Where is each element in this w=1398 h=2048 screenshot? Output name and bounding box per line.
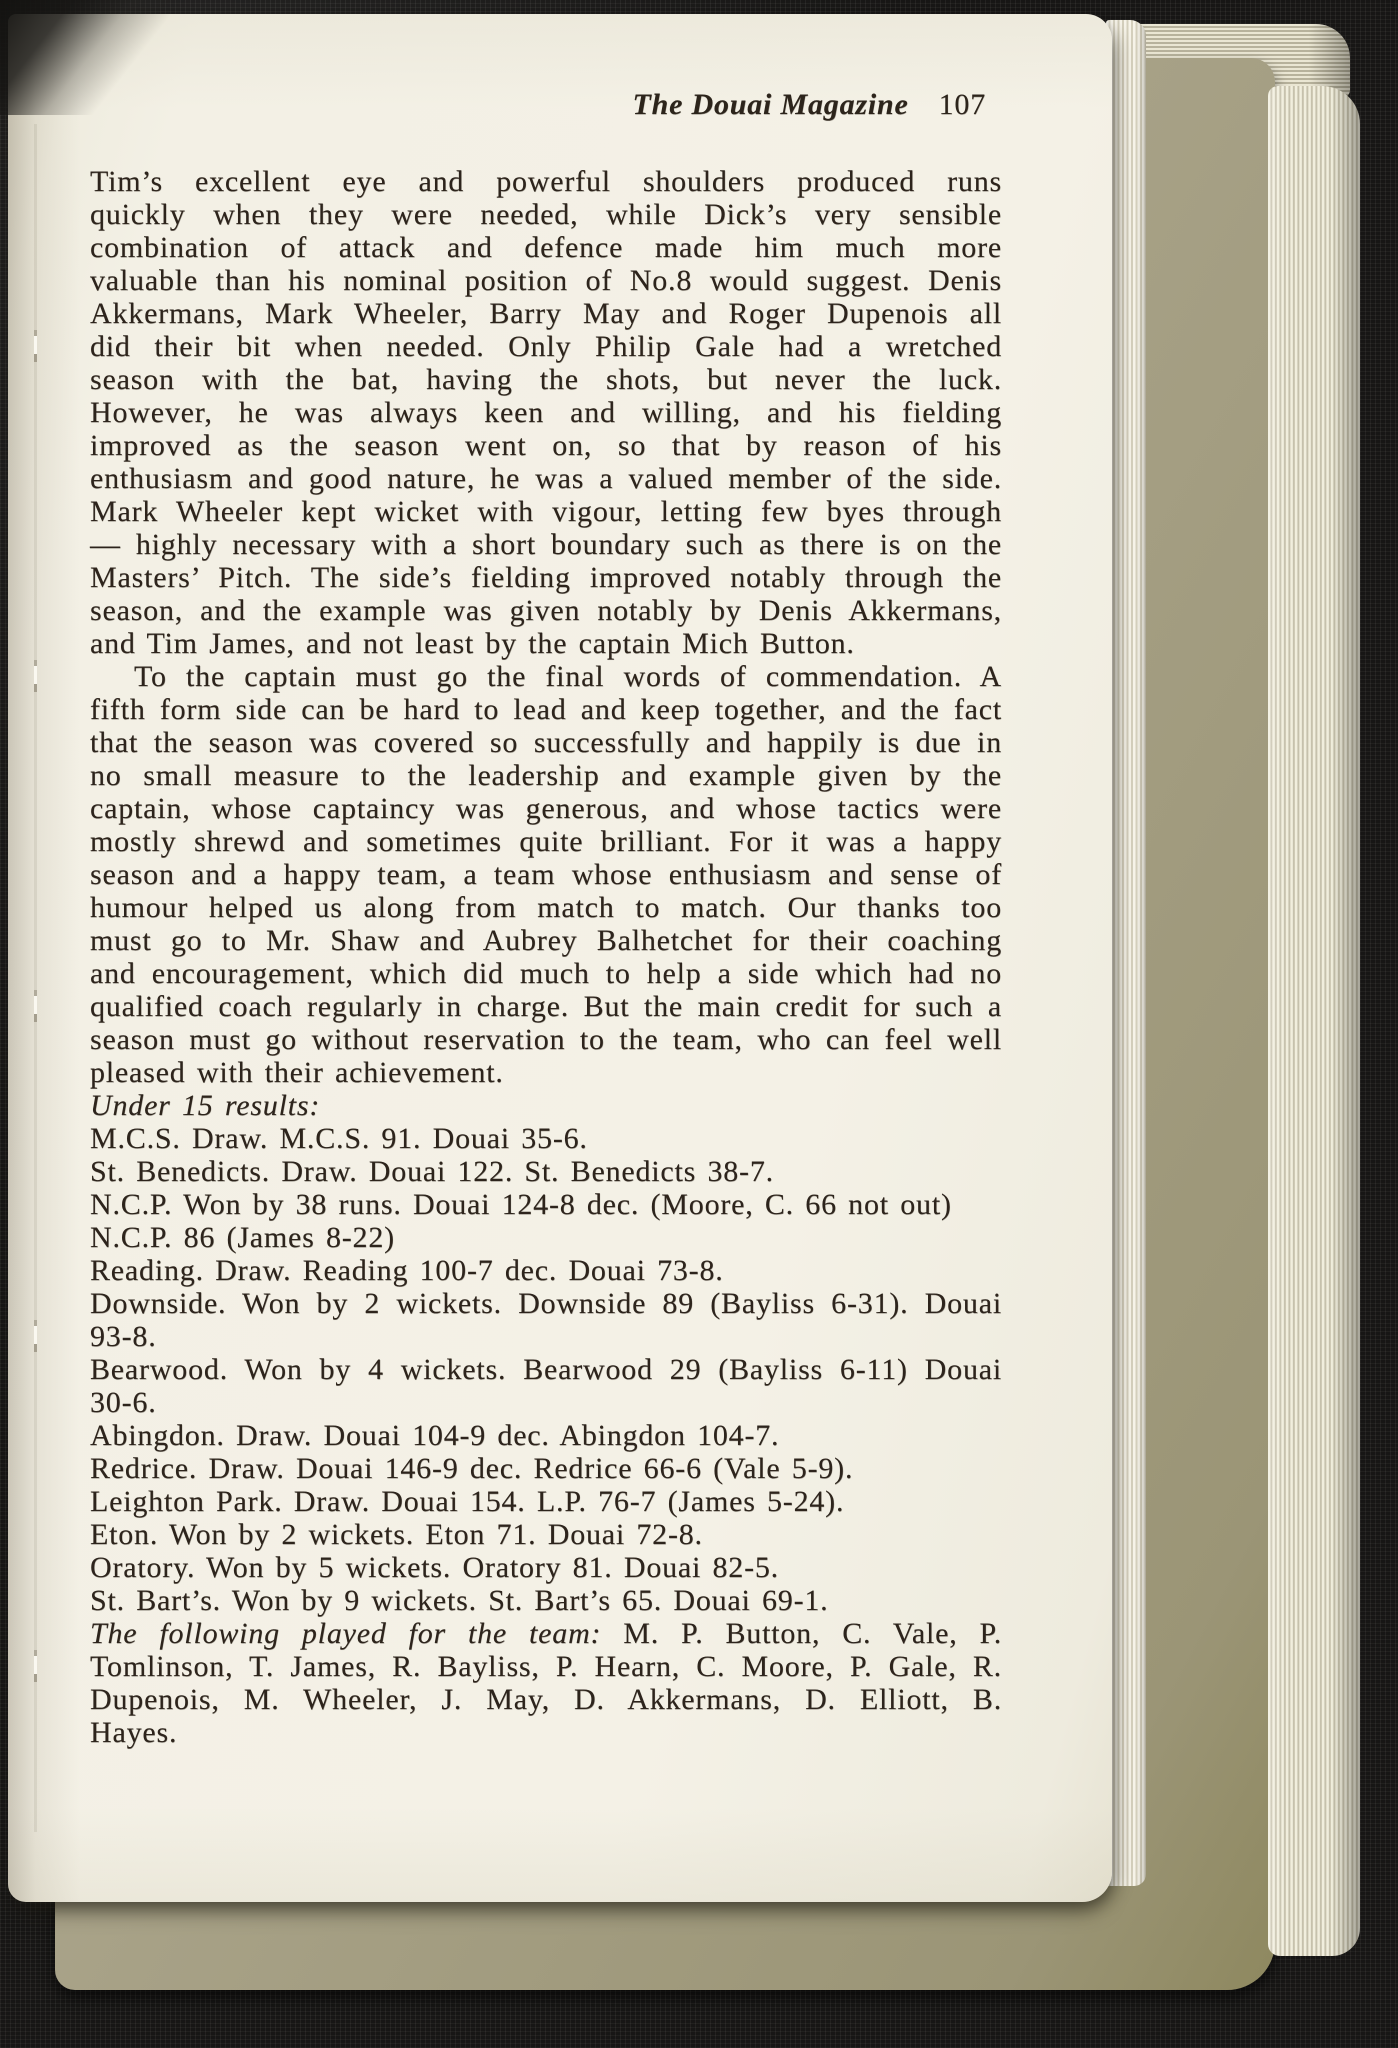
text-segment: St. Benedicts. Draw. Douai 122. St. Bene… — [90, 1155, 774, 1188]
binding-stitches — [34, 124, 37, 1832]
text-line: humour helped us along from match to mat… — [90, 891, 1002, 924]
text-segment: and encouragement, which did much to hel… — [90, 957, 1002, 990]
running-header: The Douai Magazine107 — [90, 88, 1002, 122]
text-line: captain, whose captaincy was generous, a… — [90, 792, 1002, 825]
text-line: Hayes. — [90, 1716, 1002, 1749]
text-line: Under 15 results: — [90, 1089, 1002, 1122]
text-segment: valuable than his nominal position of No… — [90, 264, 1002, 297]
text-segment: Reading. Draw. Reading 100-7 dec. Douai … — [90, 1254, 724, 1287]
text-line: However, he was always keen and willing,… — [90, 396, 1002, 429]
text-segment: Oratory. Won by 5 wickets. Oratory 81. D… — [90, 1551, 779, 1584]
text-segment: N.C.P. Won by 38 runs. Douai 124-8 dec. … — [90, 1188, 952, 1221]
text-line: and Tim James, and not least by the capt… — [90, 627, 1002, 660]
text-line: Redrice. Draw. Douai 146-9 dec. Redrice … — [90, 1452, 1002, 1485]
text-segment: M.C.S. Draw. M.C.S. 91. Douai 35-6. — [90, 1122, 588, 1155]
text-segment: qualified coach regularly in charge. But… — [90, 990, 1002, 1023]
text-line: mostly shrewd and sometimes quite brilli… — [90, 825, 1002, 858]
text-segment: Downside. Won by 2 wickets. Downside 89 … — [90, 1287, 1002, 1320]
text-segment: Tomlinson, T. James, R. Bayliss, P. Hear… — [90, 1650, 1002, 1683]
text-line: that the season was covered so successfu… — [90, 726, 1002, 759]
text-segment: Akkermans, Mark Wheeler, Barry May and R… — [90, 297, 1002, 330]
text-line: St. Benedicts. Draw. Douai 122. St. Bene… — [90, 1155, 1002, 1188]
text-segment: must go to Mr. Shaw and Aubrey Balhetche… — [90, 924, 1002, 957]
text-segment: quickly when they were needed, while Dic… — [90, 198, 1002, 231]
text-line: season must go without reservation to th… — [90, 1023, 1002, 1056]
text-line: Tomlinson, T. James, R. Bayliss, P. Hear… — [90, 1650, 1002, 1683]
text-line: season with the bat, having the shots, b… — [90, 363, 1002, 396]
text-line: The following played for the team: M. P.… — [90, 1617, 1002, 1650]
text-line: Dupenois, M. Wheeler, J. May, D. Akkerma… — [90, 1683, 1002, 1716]
page-edge-stack-right — [1268, 86, 1360, 1956]
text-line: season and a happy team, a team whose en… — [90, 858, 1002, 891]
text-segment: and Tim James, and not least by the capt… — [90, 627, 855, 660]
text-segment: improved as the season went on, so that … — [90, 429, 1002, 462]
text-line: Masters’ Pitch. The side’s fielding impr… — [90, 561, 1002, 594]
text-segment: season with the bat, having the shots, b… — [90, 363, 1002, 396]
text-segment: Tim’s excellent eye and powerful shoulde… — [90, 165, 1002, 198]
text-segment: Eton. Won by 2 wickets. Eton 71. Douai 7… — [90, 1518, 703, 1551]
text-segment: Dupenois, M. Wheeler, J. May, D. Akkerma… — [90, 1683, 1002, 1716]
text-line: M.C.S. Draw. M.C.S. 91. Douai 35-6. — [90, 1122, 1002, 1155]
text-line: Tim’s excellent eye and powerful shoulde… — [90, 165, 1002, 198]
text-segment: season and a happy team, a team whose en… — [90, 858, 1002, 891]
text-line: 30-6. — [90, 1386, 1002, 1419]
text-line: pleased with their achievement. — [90, 1056, 1002, 1089]
text-line: — highly necessary with a short boundary… — [90, 528, 1002, 561]
text-segment: pleased with their achievement. — [90, 1056, 504, 1089]
text-segment: enthusiasm and good nature, he was a val… — [90, 462, 1002, 495]
text-segment: Hayes. — [90, 1716, 177, 1749]
text-line: enthusiasm and good nature, he was a val… — [90, 462, 1002, 495]
magazine-page: The Douai Magazine107 Tim’s excellent ey… — [8, 14, 1112, 1902]
text-segment: N.C.P. 86 (James 8-22) — [90, 1221, 395, 1254]
text-segment: Bearwood. Won by 4 wickets. Bearwood 29 … — [90, 1353, 1002, 1386]
page-gutter-shadow — [8, 14, 80, 1902]
text-segment: Redrice. Draw. Douai 146-9 dec. Redrice … — [90, 1452, 853, 1485]
text-line: Bearwood. Won by 4 wickets. Bearwood 29 … — [90, 1353, 1002, 1386]
text-segment: Mark Wheeler kept wicket with vigour, le… — [90, 495, 1002, 528]
text-line: combination of attack and defence made h… — [90, 231, 1002, 264]
text-segment: 93-8. — [90, 1320, 157, 1353]
text-segment: combination of attack and defence made h… — [90, 231, 1002, 264]
text-segment: no small measure to the leadership and e… — [90, 759, 1002, 792]
text-line: St. Bart’s. Won by 9 wickets. St. Bart’s… — [90, 1584, 1002, 1617]
text-segment: Under 15 results: — [90, 1089, 320, 1122]
text-segment: mostly shrewd and sometimes quite brilli… — [90, 825, 1002, 858]
text-segment: M. P. Button, C. Vale, P. — [601, 1617, 1002, 1650]
text-segment: season, and the example was given notabl… — [90, 594, 1002, 627]
text-segment: season must go without reservation to th… — [90, 1023, 1002, 1056]
text-segment: humour helped us along from match to mat… — [90, 891, 1002, 924]
text-segment: Masters’ Pitch. The side’s fielding impr… — [90, 561, 1002, 594]
text-segment: that the season was covered so successfu… — [90, 726, 1002, 759]
text-line: N.C.P. 86 (James 8-22) — [90, 1221, 1002, 1254]
text-segment: St. Bart’s. Won by 9 wickets. St. Bart’s… — [90, 1584, 828, 1617]
text-line: 93-8. — [90, 1320, 1002, 1353]
text-segment: — highly necessary with a short boundary… — [90, 528, 1002, 561]
text-segment: did their bit when needed. Only Philip G… — [90, 330, 1002, 363]
text-line: To the captain must go the final words o… — [90, 660, 1002, 693]
text-line: Eton. Won by 2 wickets. Eton 71. Douai 7… — [90, 1518, 1002, 1551]
text-line: Mark Wheeler kept wicket with vigour, le… — [90, 495, 1002, 528]
text-line: Downside. Won by 2 wickets. Downside 89 … — [90, 1287, 1002, 1320]
text-line: Oratory. Won by 5 wickets. Oratory 81. D… — [90, 1551, 1002, 1584]
text-line: N.C.P. Won by 38 runs. Douai 124-8 dec. … — [90, 1188, 1002, 1221]
page-fore-edge-stack — [1106, 20, 1146, 1886]
text-segment: Abingdon. Draw. Douai 104-9 dec. Abingdo… — [90, 1419, 779, 1452]
text-line: quickly when they were needed, while Dic… — [90, 198, 1002, 231]
book-photo: The Douai Magazine107 Tim’s excellent ey… — [0, 0, 1398, 2048]
text-line: Reading. Draw. Reading 100-7 dec. Douai … — [90, 1254, 1002, 1287]
text-segment: Leighton Park. Draw. Douai 154. L.P. 76-… — [90, 1485, 844, 1518]
text-segment: The following played for the team: — [90, 1617, 601, 1650]
text-segment: To the captain must go the final words o… — [134, 660, 1002, 693]
text-line: Abingdon. Draw. Douai 104-9 dec. Abingdo… — [90, 1419, 1002, 1452]
text-segment: captain, whose captaincy was generous, a… — [90, 792, 1002, 825]
text-line: must go to Mr. Shaw and Aubrey Balhetche… — [90, 924, 1002, 957]
text-line: qualified coach regularly in charge. But… — [90, 990, 1002, 1023]
text-line: valuable than his nominal position of No… — [90, 264, 1002, 297]
text-line: fifth form side can be hard to lead and … — [90, 693, 1002, 726]
text-line: Akkermans, Mark Wheeler, Barry May and R… — [90, 297, 1002, 330]
text-line: season, and the example was given notabl… — [90, 594, 1002, 627]
page-text: Tim’s excellent eye and powerful shoulde… — [90, 165, 1002, 1749]
header-page-number: 107 — [939, 88, 986, 121]
text-segment: fifth form side can be hard to lead and … — [90, 693, 1002, 726]
text-line: Leighton Park. Draw. Douai 154. L.P. 76-… — [90, 1485, 1002, 1518]
text-line: no small measure to the leadership and e… — [90, 759, 1002, 792]
text-segment: 30-6. — [90, 1386, 157, 1419]
text-segment: However, he was always keen and willing,… — [90, 396, 1002, 429]
header-title: The Douai Magazine — [632, 88, 908, 121]
text-line: and encouragement, which did much to hel… — [90, 957, 1002, 990]
text-line: did their bit when needed. Only Philip G… — [90, 330, 1002, 363]
text-line: improved as the season went on, so that … — [90, 429, 1002, 462]
